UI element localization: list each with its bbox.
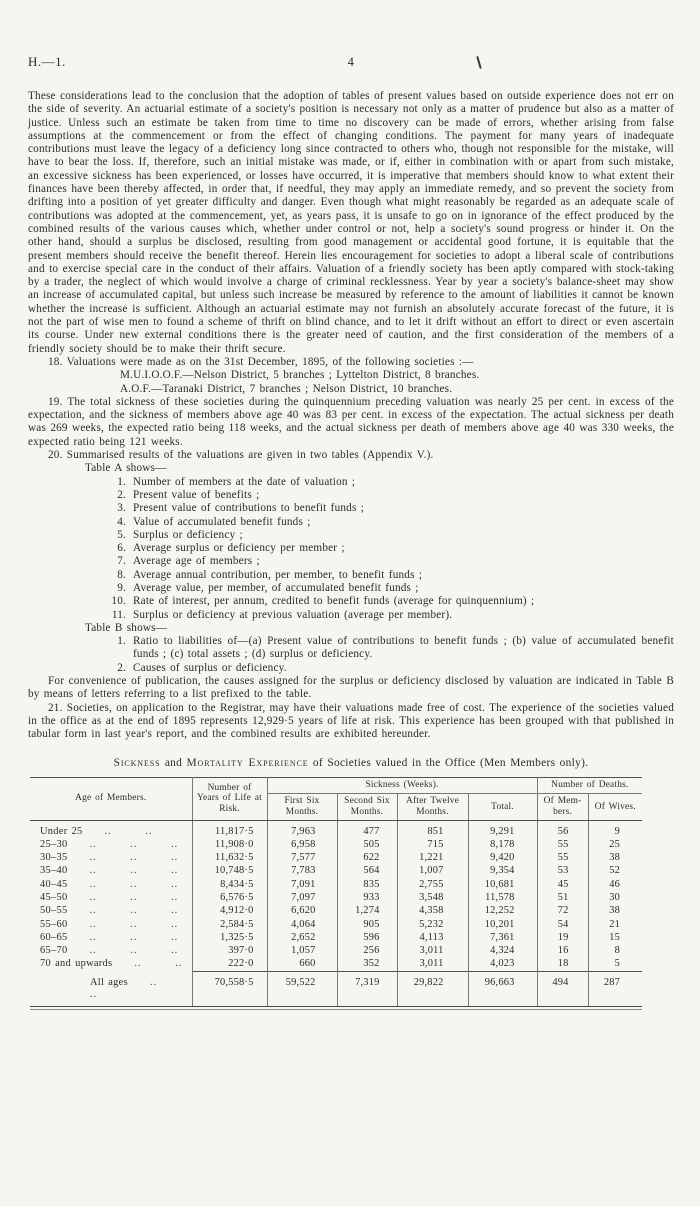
risk-cell: 11,817·5: [192, 820, 267, 838]
col-header-first-six: First Six Months.: [267, 794, 337, 820]
table-header: Age of Members. Number of Years of Life …: [30, 777, 642, 820]
after-twelve-cell: 5,232: [397, 918, 468, 931]
total-cell: 10,681: [468, 878, 537, 891]
of-wives-cell: 8: [588, 945, 642, 958]
of-wives-cell: 5: [588, 958, 642, 972]
age-cell: 70 and upwards.. ..: [30, 958, 192, 972]
paragraph-19: 19. The total sickness of these societie…: [28, 396, 674, 449]
of-wives-cell: 9: [588, 820, 642, 838]
paragraph-18: 18. Valuations were made as on the 31st …: [28, 356, 674, 369]
risk-cell: 11,908·0: [192, 838, 267, 851]
after-twelve-cell: 1,221: [397, 852, 468, 865]
total-cell: 96,663: [468, 972, 537, 1007]
leader-dots: .. .. ..: [89, 945, 178, 956]
item-text: Surplus or deficiency ;: [133, 529, 674, 542]
age-cell: 25–30.. .. ..: [30, 838, 192, 851]
age-label: All ages: [90, 977, 128, 988]
leader-dots: .. ..: [105, 826, 153, 837]
item-text: Number of members at the date of valuati…: [133, 476, 674, 489]
of-members-cell: 53: [537, 865, 588, 878]
caption-text: of Societies valued in the Office (Men M…: [309, 757, 589, 769]
item-number: 2.: [100, 662, 133, 675]
of-wives-cell: 46: [588, 878, 642, 891]
col-header-after-twelve: After Twelve Months.: [397, 794, 468, 820]
age-cell: 35–40.. .. ..: [30, 865, 192, 878]
list-item: 4.Value of accumulated benefit funds ;: [100, 516, 674, 529]
col-header-second-six: Second Six Months.: [337, 794, 397, 820]
age-cell: All ages.. ..: [30, 972, 192, 1007]
risk-cell: 10,748·5: [192, 865, 267, 878]
item-text: Average age of members ;: [133, 555, 674, 568]
item-number: 11.: [100, 609, 133, 622]
of-members-cell: 72: [537, 905, 588, 918]
risk-cell: 11,632·5: [192, 852, 267, 865]
risk-cell: 397·0: [192, 945, 267, 958]
risk-cell: 4,912·0: [192, 905, 267, 918]
first-six-cell: 7,091: [267, 878, 337, 891]
item-text: Surplus or deficiency at previous valuat…: [133, 609, 674, 622]
table-total-row: All ages.. .. 70,558·5 59,522 7,319 29,8…: [30, 972, 642, 1007]
age-cell: Under 25.. ..: [30, 820, 192, 838]
risk-cell: 1,325·5: [192, 931, 267, 944]
col-header-of-wives: Of Wives.: [588, 794, 642, 820]
leader-dots: .. .. ..: [89, 865, 178, 876]
age-label: 25–30: [40, 839, 67, 850]
second-six-cell: 477: [337, 820, 397, 838]
after-twelve-cell: 2,755: [397, 878, 468, 891]
first-six-cell: 6,958: [267, 838, 337, 851]
list-item: 7.Average age of members ;: [100, 555, 674, 568]
total-cell: 8,178: [468, 838, 537, 851]
item-text: Average surplus or deficiency per member…: [133, 542, 674, 555]
table-row: 40–45.. .. .. 8,434·5 7,091 835 2,755 10…: [30, 878, 642, 891]
second-six-cell: 505: [337, 838, 397, 851]
table-a-heading: Table A shows—: [85, 462, 674, 475]
total-cell: 10,201: [468, 918, 537, 931]
age-label: 60–65: [40, 932, 67, 943]
list-item: 5.Surplus or deficiency ;: [100, 529, 674, 542]
table-row: 70 and upwards.. .. 222·0 660 352 3,011 …: [30, 958, 642, 972]
of-wives-cell: 25: [588, 838, 642, 851]
of-members-cell: 55: [537, 838, 588, 851]
of-members-cell: 55: [537, 852, 588, 865]
item-number: 10.: [100, 595, 133, 608]
list-item: 10.Rate of interest, per annum, credited…: [100, 595, 674, 608]
of-wives-cell: 52: [588, 865, 642, 878]
item-number: 2.: [100, 489, 133, 502]
leader-dots: .. .. ..: [89, 839, 178, 850]
of-wives-cell: 21: [588, 918, 642, 931]
age-cell: 40–45.. .. ..: [30, 878, 192, 891]
list-item: 6.Average surplus or deficiency per memb…: [100, 542, 674, 555]
age-label: 70 and upwards: [40, 958, 112, 969]
group-header-deaths: Number of Deaths.: [537, 777, 642, 794]
total-cell: 9,354: [468, 865, 537, 878]
risk-cell: 2,584·5: [192, 918, 267, 931]
society-line: A.O.F.—Taranaki District, 7 branches ; N…: [120, 383, 674, 396]
paragraph-20-note: For convenience of publication, the caus…: [28, 675, 674, 702]
second-six-cell: 835: [337, 878, 397, 891]
of-members-cell: 45: [537, 878, 588, 891]
first-six-cell: 7,963: [267, 820, 337, 838]
risk-cell: 222·0: [192, 958, 267, 972]
second-six-cell: 352: [337, 958, 397, 972]
first-six-cell: 6,620: [267, 905, 337, 918]
item-text: Average value, per member, of accumulate…: [133, 582, 674, 595]
second-six-cell: 1,274: [337, 905, 397, 918]
table-row: 65–70.. .. .. 397·0 1,057 256 3,011 4,32…: [30, 945, 642, 958]
list-item: 11.Surplus or deficiency at previous val…: [100, 609, 674, 622]
item-number: 1.: [100, 635, 133, 662]
document-page: H.—1. 4 These considerations lead to the…: [0, 0, 700, 1206]
leader-dots: .. .. ..: [89, 892, 178, 903]
age-label: 65–70: [40, 945, 67, 956]
item-number: 1.: [100, 476, 133, 489]
age-cell: 60–65.. .. ..: [30, 931, 192, 944]
risk-cell: 6,576·5: [192, 891, 267, 904]
risk-cell: 8,434·5: [192, 878, 267, 891]
of-members-cell: 16: [537, 945, 588, 958]
paragraph-20: 20. Summarised results of the valuations…: [28, 449, 674, 462]
table-row: Under 25.. .. 11,817·5 7,963 477 851 9,2…: [30, 820, 642, 838]
first-six-cell: 2,652: [267, 931, 337, 944]
list-item: 8.Average annual contribution, per membe…: [100, 569, 674, 582]
table-bottom-rule: [30, 1009, 642, 1010]
item-text: Rate of interest, per annum, credited to…: [133, 595, 674, 608]
paragraph-21: 21. Societies, on application to the Reg…: [28, 702, 674, 742]
age-cell: 65–70.. .. ..: [30, 945, 192, 958]
first-six-cell: 1,057: [267, 945, 337, 958]
of-wives-cell: 287: [588, 972, 642, 1007]
page-header: H.—1. 4: [28, 54, 674, 70]
of-wives-cell: 15: [588, 931, 642, 944]
age-cell: 50–55.. .. ..: [30, 905, 192, 918]
total-cell: 11,578: [468, 891, 537, 904]
of-wives-cell: 38: [588, 852, 642, 865]
second-six-cell: 564: [337, 865, 397, 878]
of-wives-cell: 38: [588, 905, 642, 918]
risk-cell: 70,558·5: [192, 972, 267, 1007]
second-six-cell: 905: [337, 918, 397, 931]
age-label: 40–45: [40, 879, 67, 890]
age-label: 55–60: [40, 919, 67, 930]
of-members-cell: 19: [537, 931, 588, 944]
leader-dots: .. .. ..: [89, 852, 178, 863]
item-number: 3.: [100, 502, 133, 515]
second-six-cell: 622: [337, 852, 397, 865]
age-label: 35–40: [40, 865, 67, 876]
of-members-cell: 54: [537, 918, 588, 931]
of-members-cell: 51: [537, 891, 588, 904]
body-text: These considerations lead to the conclus…: [28, 90, 674, 1010]
table-footer: All ages.. .. 70,558·5 59,522 7,319 29,8…: [30, 972, 642, 1007]
first-six-cell: 4,064: [267, 918, 337, 931]
after-twelve-cell: 715: [397, 838, 468, 851]
table-row: 30–35.. .. .. 11,632·5 7,577 622 1,221 9…: [30, 852, 642, 865]
group-header-sickness: Sickness (Weeks).: [267, 777, 537, 794]
leader-dots: .. .. ..: [89, 932, 178, 943]
table-row: 25–30.. .. .. 11,908·0 6,958 505 715 8,1…: [30, 838, 642, 851]
of-members-cell: 18: [537, 958, 588, 972]
total-cell: 9,420: [468, 852, 537, 865]
after-twelve-cell: 29,822: [397, 972, 468, 1007]
list-item: 2.Present value of benefits ;: [100, 489, 674, 502]
after-twelve-cell: 3,011: [397, 945, 468, 958]
table-row: 60–65.. .. .. 1,325·5 2,652 596 4,113 7,…: [30, 931, 642, 944]
list-item: 1.Ratio to liabilities of—(a) Present va…: [100, 635, 674, 662]
age-cell: 55–60.. .. ..: [30, 918, 192, 931]
page-number: 4: [148, 55, 554, 70]
caption-text: and: [160, 757, 186, 769]
item-text: Present value of benefits ;: [133, 489, 674, 502]
table-row: 50–55.. .. .. 4,912·0 6,620 1,274 4,358 …: [30, 905, 642, 918]
col-header-total: Total.: [468, 794, 537, 820]
list-item: 3.Present value of contributions to bene…: [100, 502, 674, 515]
table-row: 55–60.. .. .. 2,584·5 4,064 905 5,232 10…: [30, 918, 642, 931]
caption-smallcaps: Mortality Experience: [187, 757, 309, 769]
table-row: 45–50.. .. .. 6,576·5 7,097 933 3,548 11…: [30, 891, 642, 904]
document-reference: H.—1.: [28, 54, 148, 70]
age-cell: 45–50.. .. ..: [30, 891, 192, 904]
item-text: Present value of contributions to benefi…: [133, 502, 674, 515]
first-six-cell: 7,783: [267, 865, 337, 878]
total-cell: 4,324: [468, 945, 537, 958]
col-header-of-members: Of Mem- bers.: [537, 794, 588, 820]
item-text: Causes of surplus or deficiency.: [133, 662, 674, 675]
list-item: 1.Number of members at the date of valua…: [100, 476, 674, 489]
age-label: Under 25: [40, 826, 83, 837]
item-number: 4.: [100, 516, 133, 529]
after-twelve-cell: 4,358: [397, 905, 468, 918]
sickness-mortality-table: Age of Members. Number of Years of Life …: [30, 777, 642, 1007]
item-number: 6.: [100, 542, 133, 555]
item-number: 8.: [100, 569, 133, 582]
col-header-age: Age of Members.: [30, 777, 192, 820]
paragraph-17: These considerations lead to the conclus…: [28, 90, 674, 356]
second-six-cell: 933: [337, 891, 397, 904]
after-twelve-cell: 851: [397, 820, 468, 838]
age-label: 50–55: [40, 905, 67, 916]
of-members-cell: 56: [537, 820, 588, 838]
first-six-cell: 7,097: [267, 891, 337, 904]
caption-smallcaps: Sickness: [114, 757, 161, 769]
age-cell: 30–35.. .. ..: [30, 852, 192, 865]
item-text: Value of accumulated benefit funds ;: [133, 516, 674, 529]
table-row: 35–40.. .. .. 10,748·5 7,783 564 1,007 9…: [30, 865, 642, 878]
item-text: Ratio to liabilities of—(a) Present valu…: [133, 635, 674, 662]
list-item: 9.Average value, per member, of accumula…: [100, 582, 674, 595]
item-number: 5.: [100, 529, 133, 542]
second-six-cell: 256: [337, 945, 397, 958]
table-b-list: 1.Ratio to liabilities of—(a) Present va…: [28, 635, 674, 675]
first-six-cell: 7,577: [267, 852, 337, 865]
first-six-cell: 59,522: [267, 972, 337, 1007]
leader-dots: .. ..: [134, 958, 182, 969]
of-wives-cell: 30: [588, 891, 642, 904]
after-twelve-cell: 3,011: [397, 958, 468, 972]
table-header-row: Age of Members. Number of Years of Life …: [30, 777, 642, 794]
item-number: 7.: [100, 555, 133, 568]
after-twelve-cell: 3,548: [397, 891, 468, 904]
second-six-cell: 596: [337, 931, 397, 944]
after-twelve-cell: 4,113: [397, 931, 468, 944]
total-cell: 7,361: [468, 931, 537, 944]
table-b-heading: Table B shows—: [85, 622, 674, 635]
col-header-risk: Number of Years of Life at Risk.: [192, 777, 267, 820]
leader-dots: .. .. ..: [89, 905, 178, 916]
total-cell: 4,023: [468, 958, 537, 972]
age-label: 45–50: [40, 892, 67, 903]
first-six-cell: 660: [267, 958, 337, 972]
table-body: Under 25.. .. 11,817·5 7,963 477 851 9,2…: [30, 820, 642, 972]
table-caption: Sickness and Mortality Experience of Soc…: [28, 757, 674, 770]
table-a-list: 1.Number of members at the date of valua…: [28, 476, 674, 622]
leader-dots: .. .. ..: [89, 919, 178, 930]
age-label: 30–35: [40, 852, 67, 863]
leader-dots: .. .. ..: [89, 879, 178, 890]
second-six-cell: 7,319: [337, 972, 397, 1007]
item-number: 9.: [100, 582, 133, 595]
total-cell: 12,252: [468, 905, 537, 918]
list-item: 2.Causes of surplus or deficiency.: [100, 662, 674, 675]
total-cell: 9,291: [468, 820, 537, 838]
item-text: Average annual contribution, per member,…: [133, 569, 674, 582]
of-members-cell: 494: [537, 972, 588, 1007]
after-twelve-cell: 1,007: [397, 865, 468, 878]
society-line: M.U.I.O.O.F.—Nelson District, 5 branches…: [120, 369, 674, 382]
